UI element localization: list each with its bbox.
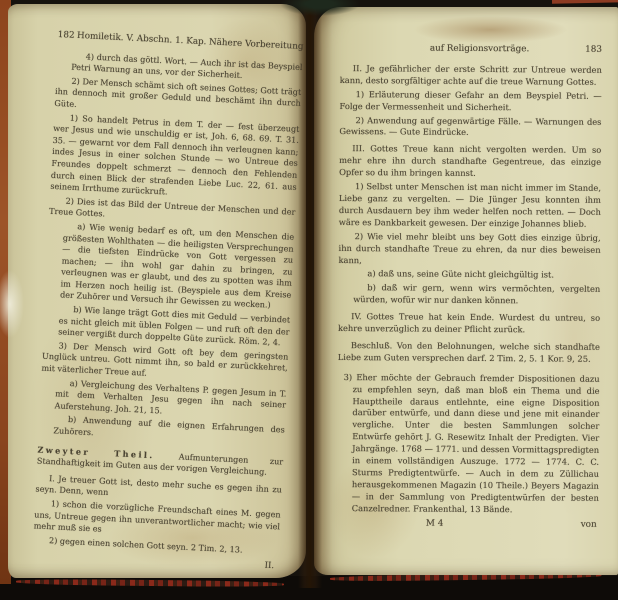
right-page-catchword: von [533,519,599,531]
book-photo: 182 Homiletik. V. Abschn. 1. Kap. Nähere… [0,0,618,600]
left-page-paragraphs: 4) durch das göttl. Wort. — Auch ihr ist… [33,50,303,558]
paragraph: 3) Eher möchte der Gebrauch fremder Disp… [337,372,600,517]
paragraph: 1) Selbst unter Menschen ist man nicht i… [339,181,601,230]
right-running-title: auf Religionsvorträge. [374,43,585,56]
paragraph: 1) Erläuterung dieser Gefahr an dem Beys… [340,89,602,115]
right-page-text: auf Religionsvorträge. 183 II. Je gefähr… [337,43,602,531]
right-page-header: auf Religionsvorträge. 183 [340,43,602,57]
right-page: auf Religionsvorträge. 183 II. Je gefähr… [314,7,618,575]
part-heading-lead: Zweyter Theil. [37,444,179,461]
gathering-signature: M 4 [337,518,533,531]
paragraph: 2) Wie viel mehr bleibt uns bey Gott die… [338,231,600,269]
paragraph: III. Gottes Treue kann nicht vergolten w… [339,143,601,181]
paragraph: a) daß uns, seine Güte nicht gleichgülti… [353,269,600,283]
paragraph: Beschluß. Von den Belohnungen, welche si… [338,340,600,366]
right-page-paragraphs: II. Je gefährlicher der erste Schritt zu… [337,63,602,517]
left-page-header: 182 Homiletik. V. Abschn. 1. Kap. Nähere… [57,30,303,54]
left-running-title: Homiletik. V. Abschn. 1. Kap. [74,31,209,49]
left-page-text: 182 Homiletik. V. Abschn. 1. Kap. Nähere… [32,30,304,573]
right-page-footer: M 4 von [337,518,599,532]
book-cover-edge-top-right [552,0,618,4]
right-page-number: 183 [585,45,602,57]
paragraph: II. Je gefährlicher der erste Schritt zu… [340,63,602,89]
left-page: 182 Homiletik. V. Abschn. 1. Kap. Nähere… [8,4,306,578]
left-page-number: 182 [57,30,74,42]
paragraph: a) Wie wenig bedarf es oft, um den Mensc… [60,220,295,312]
book-gutter-shadow [298,0,322,588]
paragraph: b) daß wir gern, wenn wirs vermöchten, v… [353,282,600,308]
left-running-subtitle: Nähere Vorbereitung [209,37,304,53]
paragraph: 2) Anwendung auf gegenwärtige Fälle. — W… [339,115,601,141]
paragraph: IV. Gottes Treue hat kein Ende. Wurdest … [338,311,600,337]
paragraph: 1) So handelt Petrus in dem T. der — fes… [50,111,300,204]
